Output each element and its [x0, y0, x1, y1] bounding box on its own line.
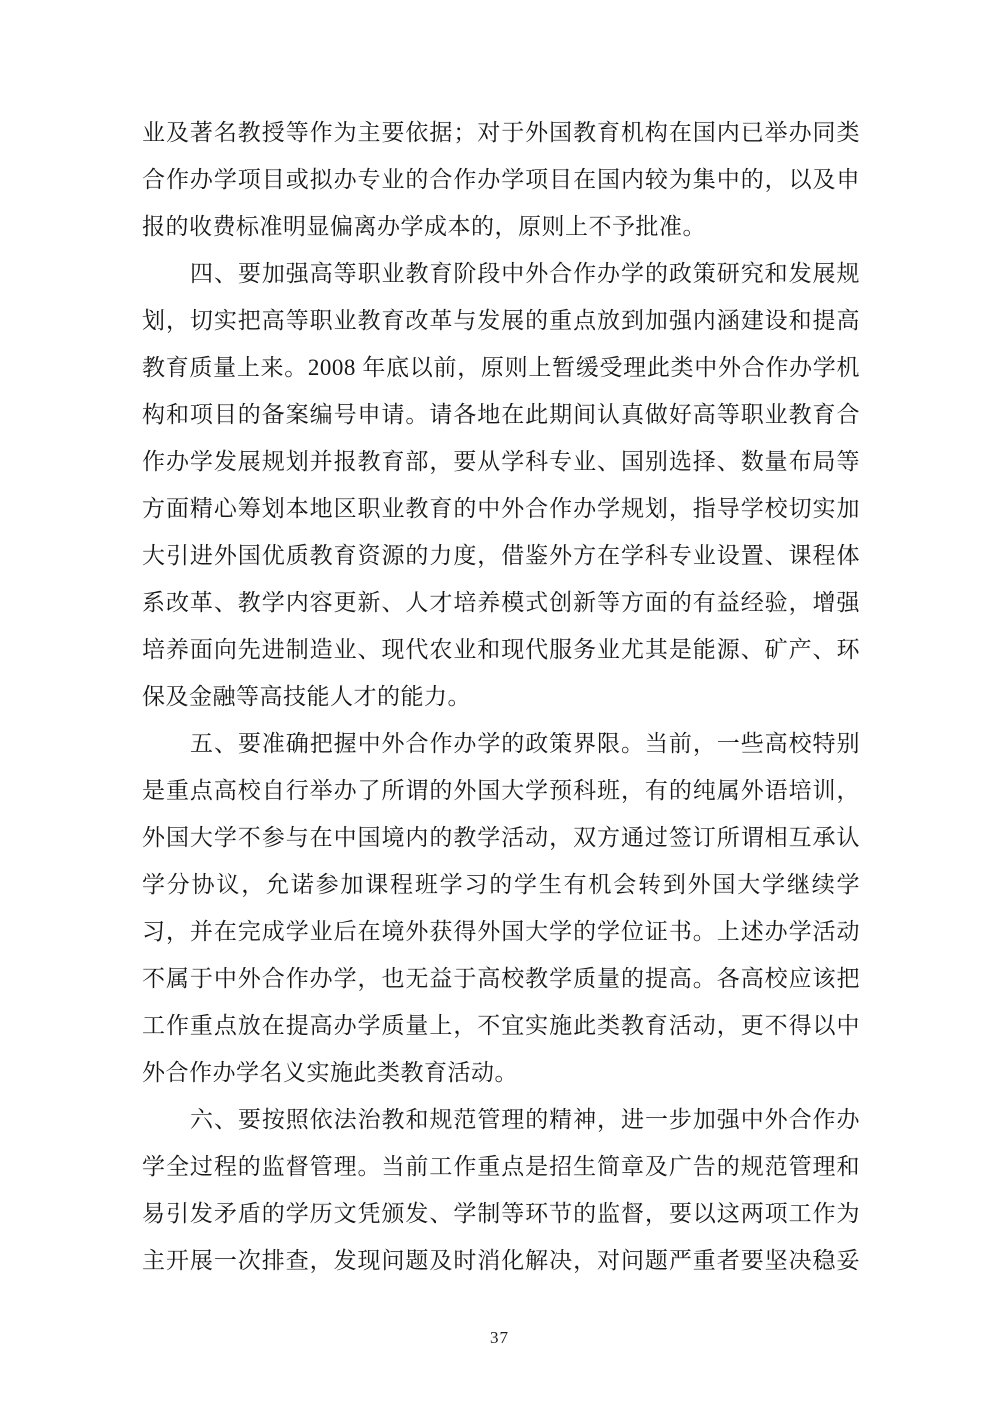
text-line: 学分协议，允诺参加课程班学习的学生有机会转到外国大学继续学 — [142, 861, 860, 908]
document-page: 业及著名教授等作为主要依据；对于外国教育机构在国内已举办同类 合作办学项目或拟办… — [0, 0, 999, 1414]
paragraph: 五、要准确把握中外合作办学的政策界限。当前，一些高校特别 是重点高校自行举办了所… — [142, 720, 860, 1096]
text-line: 外国大学不参与在中国境内的教学活动，双方通过签订所谓相互承认 — [142, 814, 860, 861]
text-line: 教育质量上来。2008 年底以前，原则上暂缓受理此类中外合作办学机 — [142, 344, 860, 391]
text-line: 培养面向先进制造业、现代农业和现代服务业尤其是能源、矿产、环 — [142, 626, 860, 673]
text-line: 不属于中外合作办学，也无益于高校教学质量的提高。各高校应该把 — [142, 955, 860, 1002]
text-line: 四、要加强高等职业教育阶段中外合作办学的政策研究和发展规 — [142, 250, 860, 297]
page-number: 37 — [0, 1328, 999, 1348]
text-line: 作办学发展规划并报教育部，要从学科专业、国别选择、数量布局等 — [142, 438, 860, 485]
text-line: 六、要按照依法治教和规范管理的精神，进一步加强中外合作办 — [142, 1096, 860, 1143]
text-line: 易引发矛盾的学历文凭颁发、学制等环节的监督，要以这两项工作为 — [142, 1190, 860, 1237]
text-line: 是重点高校自行举办了所谓的外国大学预科班，有的纯属外语培训， — [142, 767, 860, 814]
text-line: 合作办学项目或拟办专业的合作办学项目在国内较为集中的，以及申 — [142, 156, 860, 203]
text-line: 报的收费标准明显偏离办学成本的，原则上不予批准。 — [142, 203, 860, 250]
text-line: 保及金融等高技能人才的能力。 — [142, 673, 860, 720]
paragraph: 四、要加强高等职业教育阶段中外合作办学的政策研究和发展规 划，切实把高等职业教育… — [142, 250, 860, 720]
text-line: 大引进外国优质教育资源的力度，借鉴外方在学科专业设置、课程体 — [142, 532, 860, 579]
text-line: 业及著名教授等作为主要依据；对于外国教育机构在国内已举办同类 — [142, 109, 860, 156]
text-line: 工作重点放在提高办学质量上，不宜实施此类教育活动，更不得以中 — [142, 1002, 860, 1049]
text-line: 系改革、教学内容更新、人才培养模式创新等方面的有益经验，增强 — [142, 579, 860, 626]
text-line: 方面精心筹划本地区职业教育的中外合作办学规划，指导学校切实加 — [142, 485, 860, 532]
text-line: 构和项目的备案编号申请。请各地在此期间认真做好高等职业教育合 — [142, 391, 860, 438]
text-line: 划，切实把高等职业教育改革与发展的重点放到加强内涵建设和提高 — [142, 297, 860, 344]
text-line: 习，并在完成学业后在境外获得外国大学的学位证书。上述办学活动 — [142, 908, 860, 955]
body-text: 业及著名教授等作为主要依据；对于外国教育机构在国内已举办同类 合作办学项目或拟办… — [142, 109, 860, 1284]
paragraph: 业及著名教授等作为主要依据；对于外国教育机构在国内已举办同类 合作办学项目或拟办… — [142, 109, 860, 250]
text-line: 外合作办学名义实施此类教育活动。 — [142, 1049, 860, 1096]
paragraph: 六、要按照依法治教和规范管理的精神，进一步加强中外合作办 学全过程的监督管理。当… — [142, 1096, 860, 1284]
text-line: 学全过程的监督管理。当前工作重点是招生简章及广告的规范管理和 — [142, 1143, 860, 1190]
text-line: 主开展一次排查，发现问题及时消化解决，对问题严重者要坚决稳妥 — [142, 1237, 860, 1284]
text-line: 五、要准确把握中外合作办学的政策界限。当前，一些高校特别 — [142, 720, 860, 767]
